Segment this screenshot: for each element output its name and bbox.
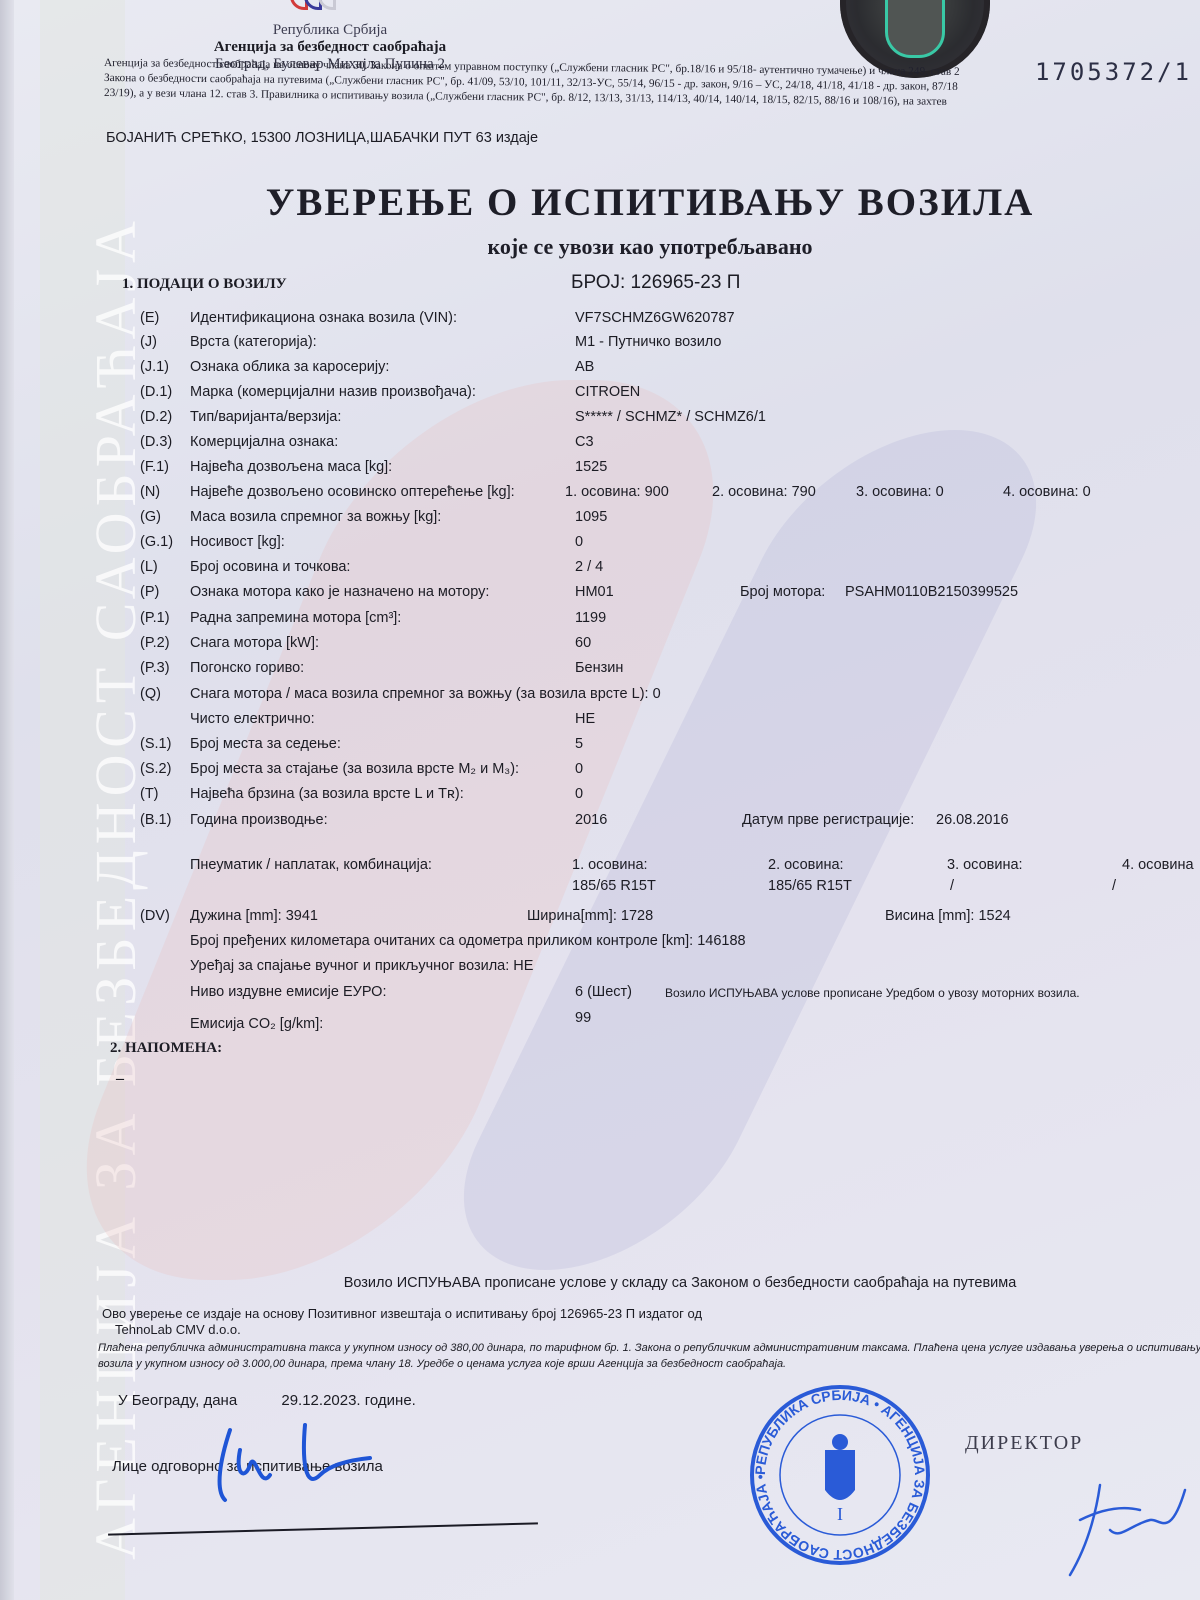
co2-label: Емисија CO₂ [g/km]: xyxy=(190,1016,323,1032)
field-value: CITROEN xyxy=(575,384,640,400)
tyre-axle-name: 2. осовина: xyxy=(768,857,844,873)
field-label: Радна запремина мотора [cm³]: xyxy=(190,610,401,626)
vehicle-field-row: (P.3)Погонско гориво:Бензин xyxy=(0,660,1200,684)
field-label: Снага мотора / маса возила спремног за в… xyxy=(190,686,661,702)
field-code: (J.1) xyxy=(140,359,169,375)
field-code: (DV) xyxy=(140,908,170,924)
field-value: 1095 xyxy=(575,509,607,525)
director-label: ДИРЕКТОР xyxy=(965,1432,1083,1455)
field-value: НЕ xyxy=(575,711,595,727)
euro-label: Ниво издувне емисије ЕУРО: xyxy=(190,984,387,1000)
vehicle-field-row: (L)Број осовина и точкова:2 / 4 xyxy=(0,559,1200,583)
field-code: (P.1) xyxy=(140,610,170,626)
vehicle-field-row: (E)Идентификациона ознака возила (VIN):V… xyxy=(0,310,1200,334)
field-value: 1199 xyxy=(575,610,606,626)
section-vehicle-data-heading: 1. ПОДАЦИ О ВОЗИЛУ xyxy=(122,276,287,293)
field-value: 5 xyxy=(575,736,583,752)
field-code: (G) xyxy=(140,509,161,525)
field-value: 2 / 4 xyxy=(575,559,603,575)
vehicle-field-row: (Q)Снага мотора / маса возила спремног з… xyxy=(0,686,1200,710)
field-label: Маса возила спремног за вожњу [kg]: xyxy=(190,509,441,525)
official-stamp-icon: РЕПУБЛИКА СРБИЈА • АГЕНЦИЈА ЗА БЕЗБЕДНОС… xyxy=(745,1380,935,1570)
field-label: Број осовина и точкова: xyxy=(190,559,350,575)
field-label: Погонско гориво: xyxy=(190,660,304,676)
issued-to: БОЈАНИЋ СРЕЋКО, 15300 ЛОЗНИЦА,ШАБАЧКИ ПУ… xyxy=(106,130,538,146)
document-id: БРОЈ: 126965-23 П xyxy=(571,272,740,294)
tyres-label: Пнеуматик / наплатак, комбинација: xyxy=(190,857,432,873)
field-code: (F.1) xyxy=(140,459,169,475)
field-value: C3 xyxy=(575,434,594,450)
field-label: Ознака мотора како је назначено на мотор… xyxy=(190,584,489,600)
document-subtitle: које се увози као употребљавано xyxy=(0,234,1200,260)
vehicle-field-row: (B.1)Година производње:2016Датум прве ре… xyxy=(0,812,1200,836)
vehicle-field-row: (J.1)Ознака облика за каросерију:AB xyxy=(0,359,1200,383)
field-code: (P.2) xyxy=(140,635,170,651)
field-value: HM01 xyxy=(575,584,614,600)
stamp-numeral: I xyxy=(837,1504,843,1524)
director-signature-icon xyxy=(1060,1480,1190,1580)
width: Ширина[mm]: 1728 xyxy=(527,908,653,924)
axle-load: 3. осовина: 0 xyxy=(856,484,944,500)
coupling-row: Уређај за спајање вучног и прикључног во… xyxy=(0,958,1200,982)
compliance-statement: Возило ИСПУЊАВА прописане услове у склад… xyxy=(0,1275,1200,1291)
co2-value: 99 xyxy=(575,1010,591,1026)
field-label: Носивост [kg]: xyxy=(190,534,285,550)
document-title: УВЕРЕЊЕ О ИСПИТИВАЊУ ВОЗИЛА xyxy=(0,180,1200,225)
field-label: Ознака облика за каросерију: xyxy=(190,359,389,375)
field-value: 0 xyxy=(575,786,583,802)
field-label: Врста (категорија): xyxy=(190,334,317,350)
vehicle-field-row: (G)Маса возила спремног за вожњу [kg]:10… xyxy=(0,509,1200,533)
vehicle-field-row: (P.2)Снага мотора [kW]:60 xyxy=(0,635,1200,659)
agency-name: Агенција за безбедност саобраћаја xyxy=(200,39,460,56)
field-value: 1525 xyxy=(575,459,607,475)
vehicle-field-row: Чисто електрично:НЕ xyxy=(0,711,1200,735)
country-name: Република Србија xyxy=(200,22,460,39)
field-code: (E) xyxy=(140,310,159,326)
extra-value: PSAHM0110B2150399525 xyxy=(845,584,1018,600)
euro-value: 6 (Шест) xyxy=(575,984,632,1000)
vehicle-field-row: (N)Највеће дозвољено осовинско оптерећењ… xyxy=(0,484,1200,508)
tyre-axle-value: / xyxy=(1112,878,1116,894)
vehicle-field-row: (D.3)Комерцијална ознака:C3 xyxy=(0,434,1200,458)
field-value: VF7SCHMZ6GW620787 xyxy=(575,310,735,326)
signature-line xyxy=(108,1522,538,1535)
field-code: (P) xyxy=(140,584,159,600)
field-label: Највећа брзина (за возила врсте L и Tʀ): xyxy=(190,786,464,802)
field-code: (N) xyxy=(140,484,160,500)
field-code: (L) xyxy=(140,559,158,575)
tyre-axle-name: 3. осовина: xyxy=(947,857,1023,873)
field-code: (P.3) xyxy=(140,660,170,676)
vehicle-field-row: (D.2)Тип/варијанта/верзија:S***** / SCHM… xyxy=(0,409,1200,433)
field-label: Чисто електрично: xyxy=(190,711,315,727)
field-label: Снага мотора [kW]: xyxy=(190,635,319,651)
place: У Београду, дана xyxy=(118,1392,237,1409)
vehicle-field-row: (P.1)Радна запремина мотора [cm³]:1199 xyxy=(0,610,1200,634)
vehicle-field-row: (T)Највећа брзина (за возила врсте L и T… xyxy=(0,786,1200,810)
coupling-device: Уређај за спајање вучног и прикључног во… xyxy=(190,958,533,974)
field-code: (S.1) xyxy=(140,736,171,752)
vehicle-field-row: (S.1)Број места за седење:5 xyxy=(0,736,1200,760)
length: Дужина [mm]: 3941 xyxy=(190,908,318,924)
field-label: Комерцијална ознака: xyxy=(190,434,338,450)
field-code: (B.1) xyxy=(140,812,171,828)
vehicle-field-row: (P)Ознака мотора како је назначено на мо… xyxy=(0,584,1200,608)
field-value: 60 xyxy=(575,635,591,651)
section-note-heading: 2. НАПОМЕНА: xyxy=(110,1040,222,1057)
field-value: AB xyxy=(575,359,594,375)
note-content: – xyxy=(116,1070,124,1088)
extra-value: 26.08.2016 xyxy=(936,812,1009,828)
tyre-axle-name: 4. осовина xyxy=(1122,857,1194,873)
field-label: Идентификациона ознака возила (VIN): xyxy=(190,310,457,326)
field-code: (S.2) xyxy=(140,761,171,777)
field-value: M1 - Путничко возило xyxy=(575,334,721,350)
axle-load: 4. осовина: 0 xyxy=(1003,484,1091,500)
field-code: (D.3) xyxy=(140,434,172,450)
place-date: У Београду, дана 29.12.2023. године. xyxy=(118,1392,416,1409)
tyre-axle-value: 185/65 R15T xyxy=(768,878,852,894)
field-code: (J) xyxy=(140,334,157,350)
field-label: Тип/варијанта/верзија: xyxy=(190,409,341,425)
issue-date: 29.12.2023. године. xyxy=(281,1392,416,1409)
field-code: (T) xyxy=(140,786,159,802)
extra-label: Број мотора: xyxy=(740,584,825,600)
odometer: Број пређених километара очитаних са одо… xyxy=(190,933,746,949)
field-label: Година производње: xyxy=(190,812,328,828)
axle-load: 1. осовина: 900 xyxy=(565,484,669,500)
field-code: (D.2) xyxy=(140,409,172,425)
euro-row: Ниво издувне емисије ЕУРО: 6 (Шест) Вози… xyxy=(0,984,1200,1008)
tyres-values-row: 185/65 R15T 185/65 R15T / / xyxy=(0,878,1200,902)
field-value: 0 xyxy=(575,761,583,777)
field-value: Бензин xyxy=(575,660,623,676)
field-value: S***** / SCHMZ* / SCHMZ6/1 xyxy=(575,409,766,425)
field-code: (Q) xyxy=(140,686,161,702)
field-value: 2016 xyxy=(575,812,607,828)
dimensions-row: (DV) Дужина [mm]: 3941 Ширина[mm]: 1728 … xyxy=(0,908,1200,932)
legal-basis: Агенција за безбедност саобраћаја на осн… xyxy=(104,56,1200,101)
odometer-row: Број пређених километара очитаних са одо… xyxy=(0,933,1200,957)
vehicle-field-row: (G.1)Носивост [kg]:0 xyxy=(0,534,1200,558)
fees-paid: Плаћена републичка административна такса… xyxy=(98,1340,1200,1372)
vehicle-field-row: (D.1)Марка (комерцијални назив произвођа… xyxy=(0,384,1200,408)
field-code: (G.1) xyxy=(140,534,173,550)
signature-icon xyxy=(210,1420,380,1510)
euro-note: Возило ИСПУЊАВА услове прописане Уредбом… xyxy=(665,986,1080,1000)
co2-row: Емисија CO₂ [g/km]: 99 xyxy=(0,1010,1200,1034)
tyre-axle-value: 185/65 R15T xyxy=(572,878,656,894)
axle-load: 2. осовина: 790 xyxy=(712,484,816,500)
tyre-axle-name: 1. осовина: xyxy=(572,857,648,873)
tyre-axle-value: / xyxy=(950,878,954,894)
vehicle-field-row: (S.2)Број места за стајање (за возила вр… xyxy=(0,761,1200,785)
issue-basis: Ово уверење се издаје на основу Позитивн… xyxy=(102,1306,702,1321)
field-label: Највећа дозвољена маса [kg]: xyxy=(190,459,392,475)
vehicle-field-row: (J)Врста (категорија):M1 - Путничко вози… xyxy=(0,334,1200,358)
vehicle-field-row: (F.1)Највећа дозвољена маса [kg]:1525 xyxy=(0,459,1200,483)
field-label: Највеће дозвољено осовинско оптерећење [… xyxy=(190,484,515,500)
field-label: Број места за седење: xyxy=(190,736,341,752)
field-value: 0 xyxy=(575,534,583,550)
field-label: Марка (комерцијални назив произвођача): xyxy=(190,384,476,400)
field-code: (D.1) xyxy=(140,384,172,400)
extra-label: Датум прве регистрације: xyxy=(742,812,914,828)
testing-lab: TehnoLab CMV d.o.o. xyxy=(115,1322,241,1337)
field-label: Број места за стајање (за возила врсте M… xyxy=(190,761,519,777)
agency-flag-logo xyxy=(290,0,360,14)
height: Висина [mm]: 1524 xyxy=(885,908,1011,924)
